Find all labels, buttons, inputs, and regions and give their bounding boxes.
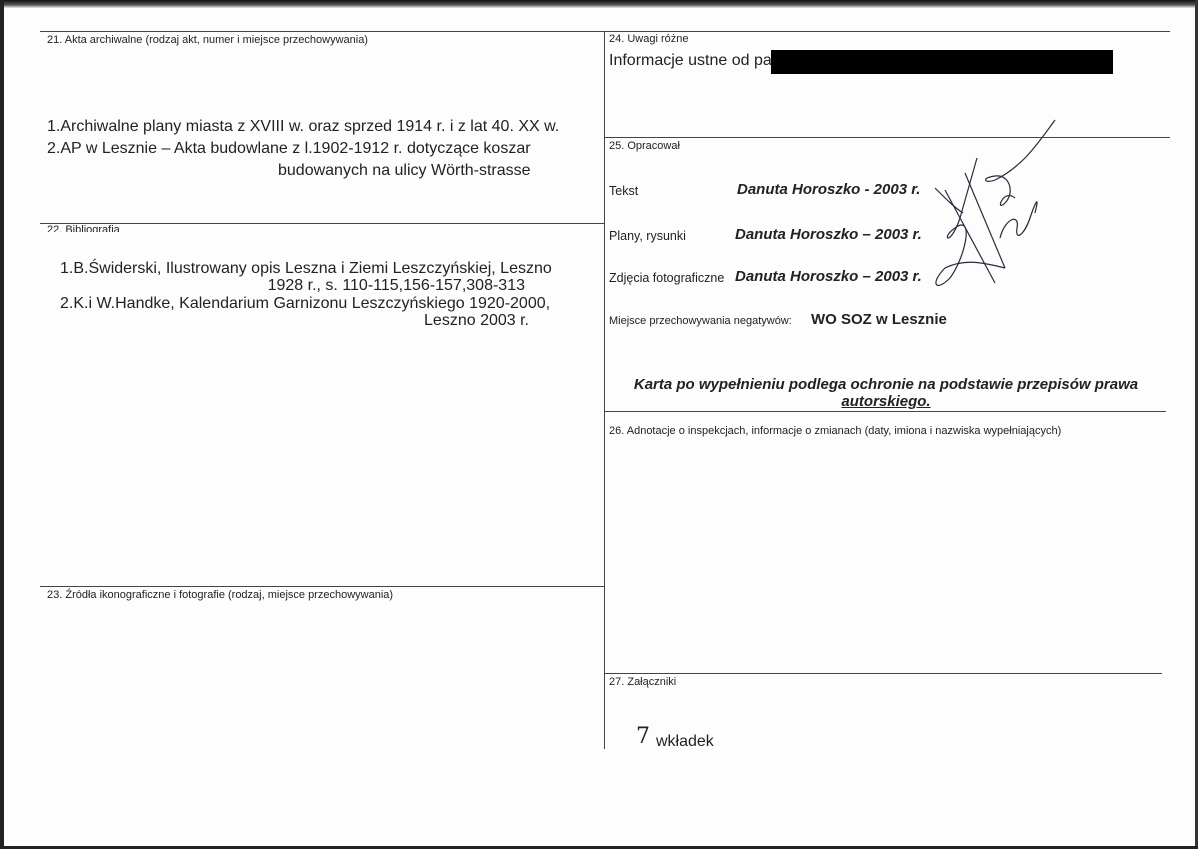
- plans-author-value: Danuta Horoszko – 2003 r.: [735, 226, 922, 243]
- section-23-label: 23. Źródła ikonograficzne i fotografie (…: [47, 589, 393, 601]
- remarks-text: Informacje ustne od pana: [609, 52, 790, 70]
- scan-edge-left: [0, 0, 4, 849]
- copyright-notice: Karta po wypełnieniu podlega ochronie na…: [612, 376, 1160, 410]
- attachments-text: wkładek: [656, 733, 714, 751]
- negatives-location-label: Miejsce przechowywania negatywów:: [609, 315, 792, 327]
- section-22-label: 22. Bibliografia: [47, 224, 120, 232]
- section-26-label: 26. Adnotacje o inspekcjach, informacje …: [609, 425, 1061, 437]
- redaction-bar: [771, 50, 1113, 74]
- attachments-count: 7: [636, 724, 650, 749]
- text-author-label: Tekst: [609, 184, 638, 198]
- bibliography-line-1: 1.B.Świderski, Ilustrowany opis Leszna i…: [60, 260, 552, 278]
- photos-author-value: Danuta Horoszko – 2003 r.: [735, 268, 922, 285]
- copyright-notice-line-1: Karta po wypełnieniu podlega ochronie na…: [612, 376, 1160, 393]
- signature-icon: [925, 118, 1065, 298]
- scan-edge-top: [0, 0, 1198, 8]
- bibliography-line-3: 2.K.i W.Handke, Kalendarium Garnizonu Le…: [60, 295, 550, 313]
- negatives-location-value: WO SOZ w Lesznie: [811, 311, 947, 328]
- divider-22-23: [40, 586, 604, 587]
- divider-26-27: [604, 673, 1162, 674]
- section-25-label: 25. Opracował: [609, 140, 680, 152]
- column-divider: [604, 31, 605, 749]
- bibliography-line-4: Leszno 2003 r.: [424, 312, 529, 330]
- divider-24-25: [604, 137, 1170, 138]
- divider-21-22: [40, 223, 604, 224]
- section-27-label: 27. Załączniki: [609, 676, 676, 688]
- divider-25-26: [604, 411, 1166, 412]
- text-author-value: Danuta Horoszko - 2003 r.: [737, 181, 920, 198]
- plans-author-label: Plany, rysunki: [609, 229, 686, 243]
- archival-line-3: budowanych na ulicy Wörth-strasse: [278, 162, 531, 180]
- section-21-label: 21. Akta archiwalne (rodzaj akt, numer i…: [47, 34, 368, 46]
- archival-line-1: 1.Archiwalne plany miasta z XVIII w. ora…: [47, 118, 559, 136]
- section-24-label: 24. Uwagi różne: [609, 33, 689, 45]
- archival-line-2: 2.AP w Lesznie – Akta budowlane z l.1902…: [47, 140, 531, 158]
- top-rule: [40, 31, 1170, 32]
- bibliography-line-2: 1928 r., s. 110-115,156-157,308-313: [268, 277, 525, 295]
- photos-author-label: Zdjęcia fotograficzne: [609, 271, 724, 285]
- copyright-notice-line-2: autorskiego.: [612, 393, 1160, 410]
